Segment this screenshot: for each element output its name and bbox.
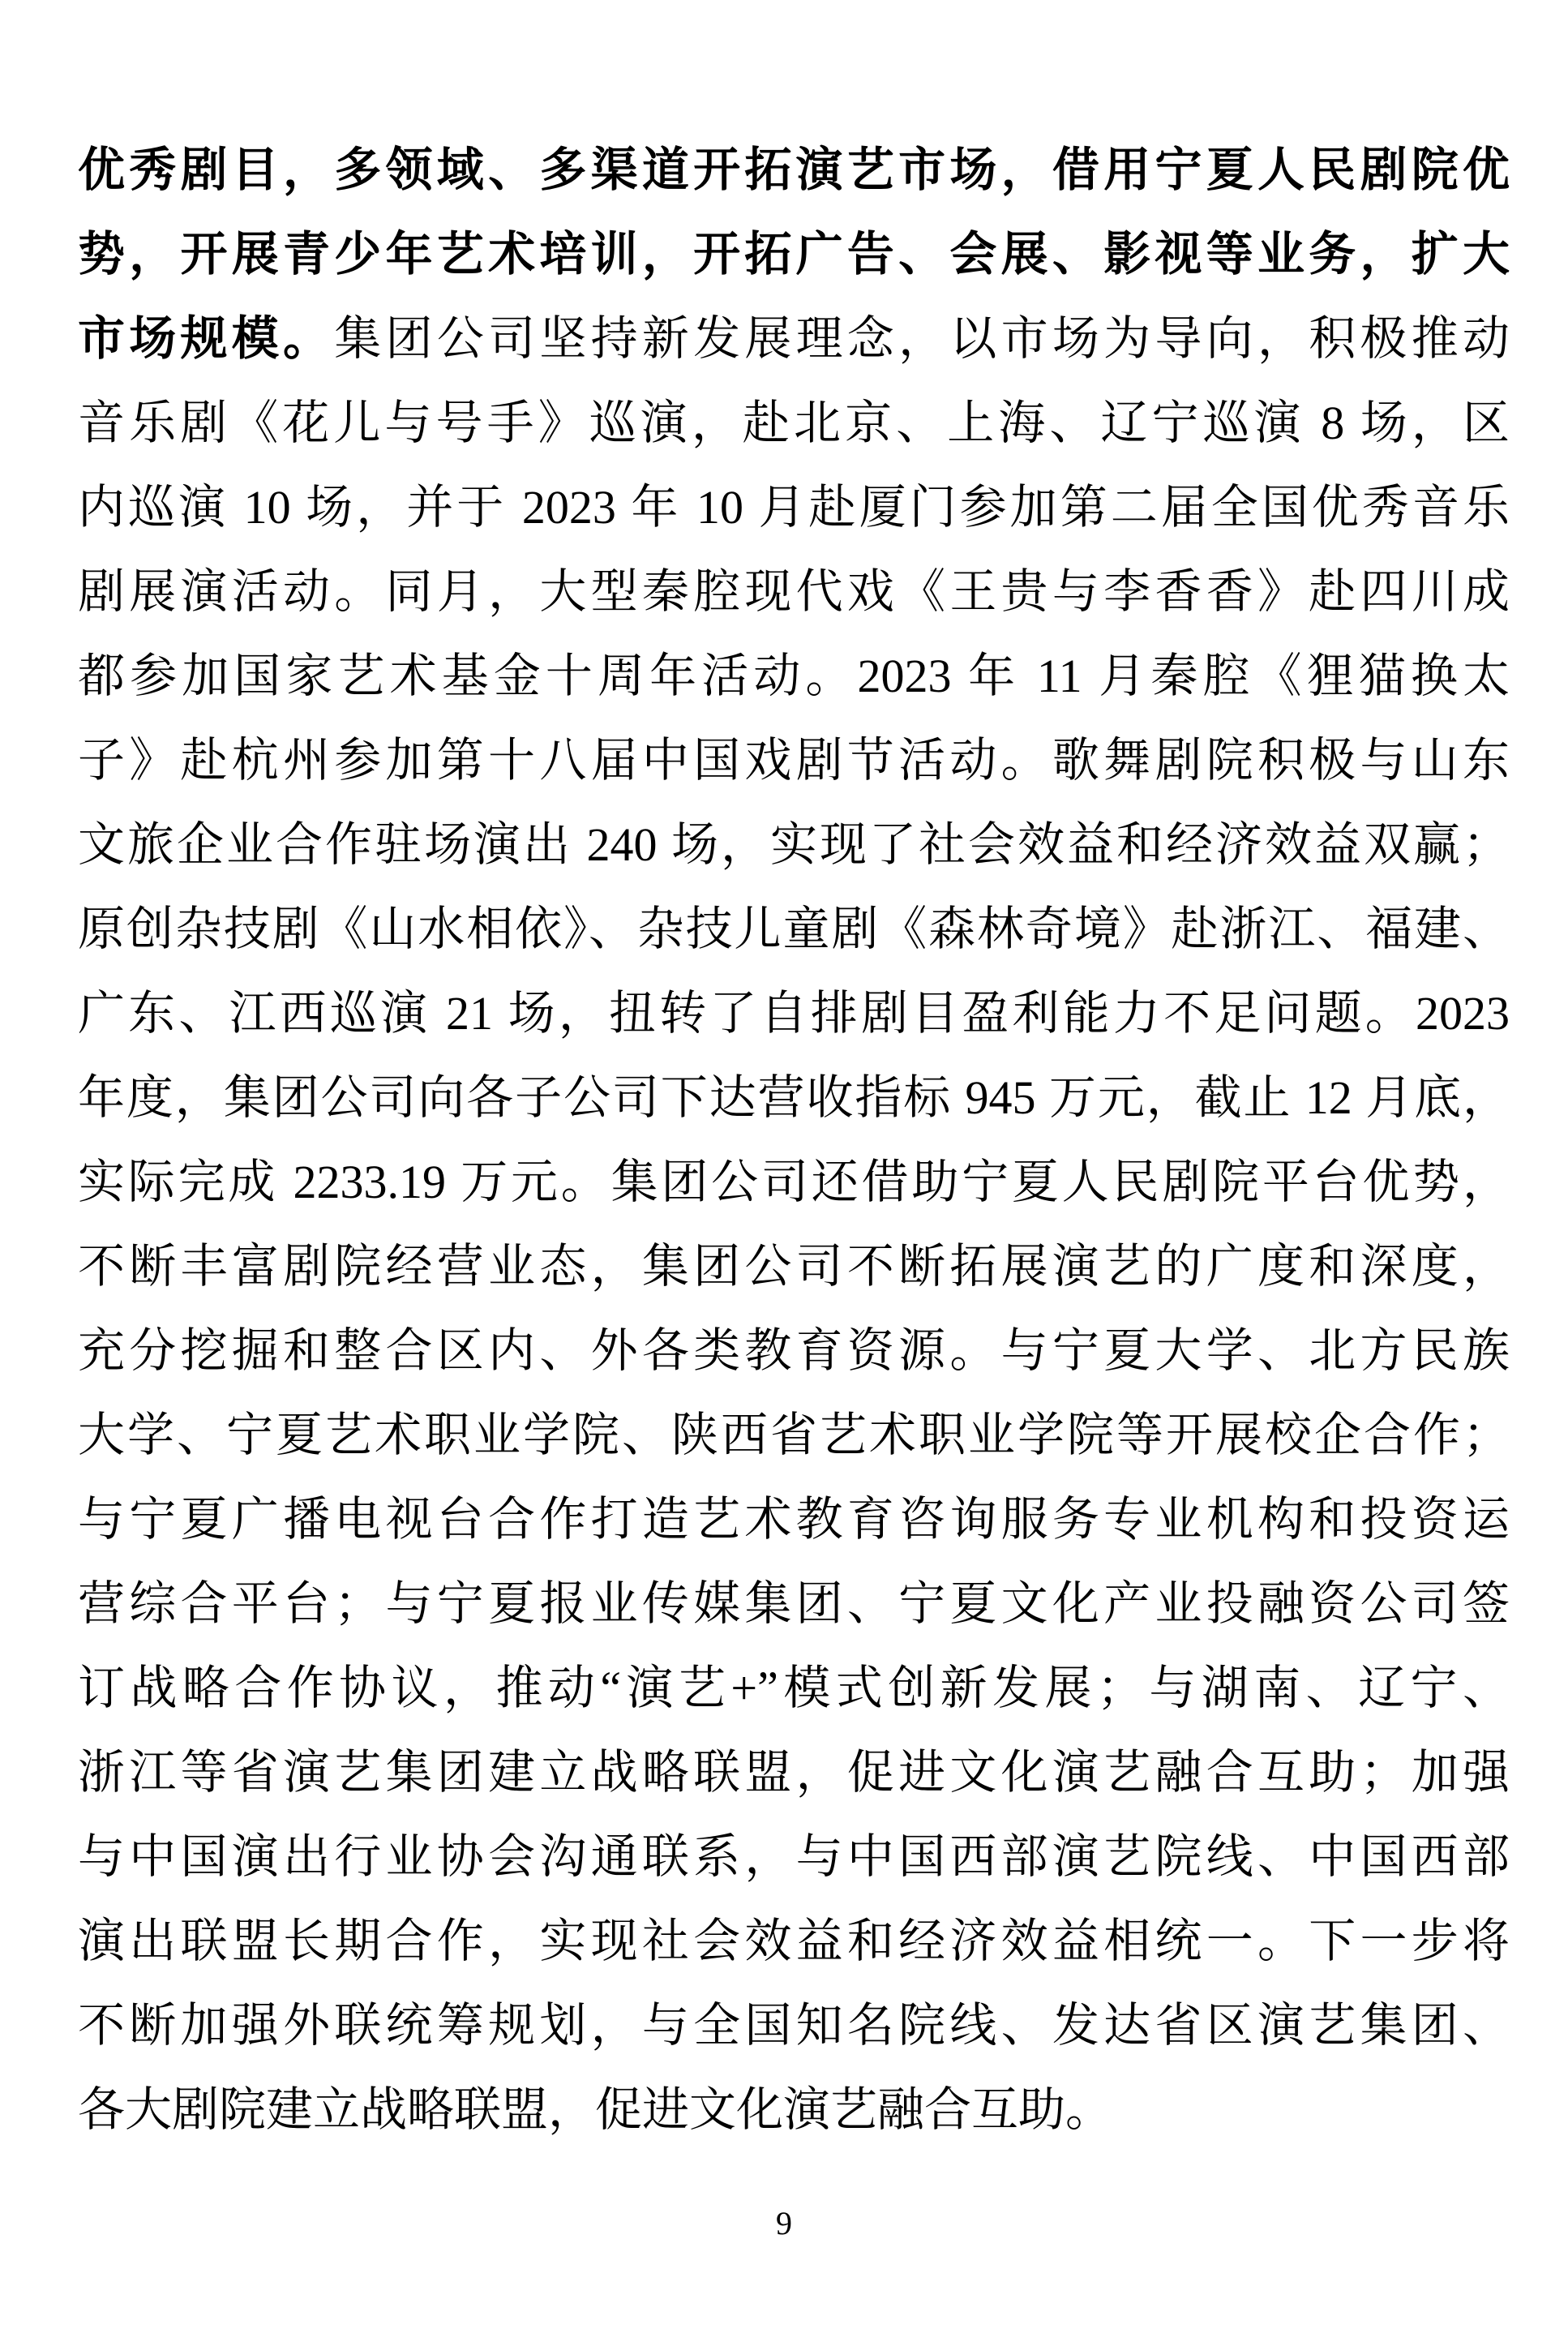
text-line: 大学、宁夏艺术职业学院、陕西省艺术职业学院等开展校企合作； [78, 1393, 1510, 1478]
text-segment: 集团公司坚持新发展理念，以市场为导向，积极推动 [334, 312, 1510, 365]
text-line: 势，开展青少年艺术培训，开拓广告、会展、影视等业务，扩大 [78, 212, 1510, 297]
text-line: 不断丰富剧院经营业态，集团公司不断拓展演艺的广度和深度， [78, 1225, 1510, 1309]
document-body: 优秀剧目，多领域、多渠道开拓演艺市场，借用宁夏人民剧院优势，开展青少年艺术培训，… [78, 128, 1510, 2152]
text-segment: 文旅企业合作驻场演出 240 场，实现了社会效益和经济效益双赢； [78, 818, 1510, 871]
document-page: 优秀剧目，多领域、多渠道开拓演艺市场，借用宁夏人民剧院优势，开展青少年艺术培训，… [0, 0, 1568, 2342]
text-line: 实际完成 2233.19 万元。集团公司还借助宁夏人民剧院平台优势， [78, 1140, 1510, 1225]
text-line: 广东、江西巡演 21 场，扭转了自排剧目盈利能力不足问题。2023 [78, 972, 1510, 1056]
text-line: 子》赴杭州参加第十八届中国戏剧节活动。歌舞剧院积极与山东 [78, 718, 1510, 803]
text-segment: 广东、江西巡演 21 场，扭转了自排剧目盈利能力不足问题。2023 [78, 987, 1510, 1040]
text-line: 市场规模。集团公司坚持新发展理念，以市场为导向，积极推动 [78, 297, 1510, 381]
text-line: 不断加强外联统筹规划，与全国知名院线、发达省区演艺集团、 [78, 1984, 1510, 2068]
text-segment: 原创杂技剧《山水相依》、杂技儿童剧《森林奇境》赴浙江、福建、 [78, 903, 1510, 955]
text-segment: 营综合平台；与宁夏报业传媒集团、宁夏文化产业投融资公司签 [78, 1577, 1510, 1630]
text-segment: 年度，集团公司向各子公司下达营收指标 945 万元，截止 12 月底， [78, 1071, 1510, 1124]
text-segment: 各大剧院建立战略联盟，促进文化演艺融合互助。 [78, 2083, 1112, 2136]
text-line: 原创杂技剧《山水相依》、杂技儿童剧《森林奇境》赴浙江、福建、 [78, 887, 1510, 972]
text-line: 浙江等省演艺集团建立战略联盟，促进文化演艺融合互助；加强 [78, 1731, 1510, 1815]
text-line: 充分挖掘和整合区内、外各类教育资源。与宁夏大学、北方民族 [78, 1309, 1510, 1393]
text-segment: 音乐剧《花儿与号手》巡演，赴北京、上海、辽宁巡演 8 场，区 [78, 397, 1510, 449]
text-segment: 子》赴杭州参加第十八届中国戏剧节活动。歌舞剧院积极与山东 [78, 734, 1510, 787]
text-line: 都参加国家艺术基金十周年活动。2023 年 11 月秦腔《狸猫换太 [78, 634, 1510, 718]
text-segment: 大学、宁夏艺术职业学院、陕西省艺术职业学院等开展校企合作； [78, 1409, 1510, 1461]
text-segment: 内巡演 10 场，并于 2023 年 10 月赴厦门参加第二届全国优秀音乐 [78, 481, 1510, 534]
text-segment: 都参加国家艺术基金十周年活动。2023 年 11 月秦腔《狸猫换太 [78, 650, 1510, 702]
text-segment: 与宁夏广播电视台合作打造艺术教育咨询服务专业机构和投资运 [78, 1493, 1510, 1546]
page-number: 9 [0, 2203, 1568, 2245]
text-segment: 演出联盟长期合作，实现社会效益和经济效益相统一。下一步将 [78, 1915, 1510, 1967]
text-segment: 不断丰富剧院经营业态，集团公司不断拓展演艺的广度和深度， [78, 1240, 1510, 1293]
text-line: 优秀剧目，多领域、多渠道开拓演艺市场，借用宁夏人民剧院优 [78, 128, 1510, 212]
text-line: 年度，集团公司向各子公司下达营收指标 945 万元，截止 12 月底， [78, 1056, 1510, 1140]
text-line: 各大剧院建立战略联盟，促进文化演艺融合互助。 [78, 2068, 1510, 2152]
text-line: 内巡演 10 场，并于 2023 年 10 月赴厦门参加第二届全国优秀音乐 [78, 465, 1510, 550]
text-segment: 剧展演活动。同月，大型秦腔现代戏《王贵与李香香》赴四川成 [78, 565, 1510, 618]
text-line: 剧展演活动。同月，大型秦腔现代戏《王贵与李香香》赴四川成 [78, 550, 1510, 634]
text-line: 与中国演出行业协会沟通联系，与中国西部演艺院线、中国西部 [78, 1815, 1510, 1899]
text-segment: 不断加强外联统筹规划，与全国知名院线、发达省区演艺集团、 [78, 1999, 1510, 2052]
text-segment: 实际完成 2233.19 万元。集团公司还借助宁夏人民剧院平台优势， [78, 1156, 1510, 1208]
text-line: 营综合平台；与宁夏报业传媒集团、宁夏文化产业投融资公司签 [78, 1562, 1510, 1646]
text-line: 订战略合作协议，推动“演艺+”模式创新发展；与湖南、辽宁、 [78, 1646, 1510, 1731]
text-line: 音乐剧《花儿与号手》巡演，赴北京、上海、辽宁巡演 8 场，区 [78, 381, 1510, 465]
text-line: 文旅企业合作驻场演出 240 场，实现了社会效益和经济效益双赢； [78, 803, 1510, 887]
text-line: 演出联盟长期合作，实现社会效益和经济效益相统一。下一步将 [78, 1899, 1510, 1984]
bold-text-segment: 优秀剧目，多领域、多渠道开拓演艺市场，借用宁夏人民剧院优 [78, 144, 1510, 196]
text-segment: 与中国演出行业协会沟通联系，与中国西部演艺院线、中国西部 [78, 1830, 1510, 1883]
text-line: 与宁夏广播电视台合作打造艺术教育咨询服务专业机构和投资运 [78, 1478, 1510, 1562]
text-segment: 充分挖掘和整合区内、外各类教育资源。与宁夏大学、北方民族 [78, 1324, 1510, 1377]
bold-text-segment: 市场规模。 [78, 312, 334, 365]
text-segment: 订战略合作协议，推动“演艺+”模式创新发展；与湖南、辽宁、 [78, 1662, 1510, 1714]
text-segment: 浙江等省演艺集团建立战略联盟，促进文化演艺融合互助；加强 [78, 1746, 1510, 1799]
bold-text-segment: 势，开展青少年艺术培训，开拓广告、会展、影视等业务，扩大 [78, 228, 1510, 281]
